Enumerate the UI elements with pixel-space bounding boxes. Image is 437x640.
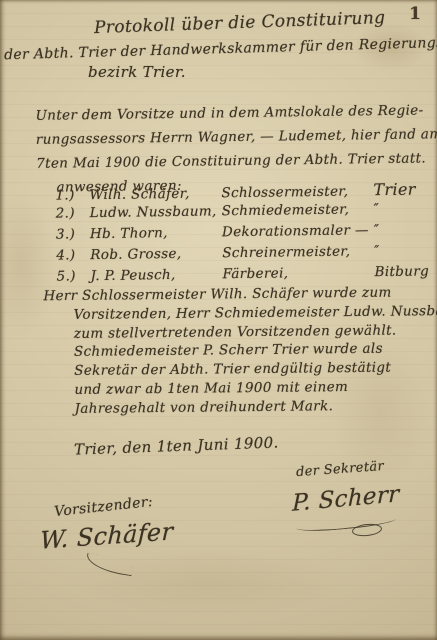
date-line: Trier, den 1ten Juni 1900. — [74, 433, 279, 458]
title-line-3: bezirk Trier. — [88, 63, 186, 81]
attendee-number: 2.) — [56, 205, 90, 221]
chairman-signature: W. Schäfer — [40, 517, 174, 554]
attendee-number: 1.) — [55, 187, 89, 203]
page-number: 1 — [409, 4, 421, 24]
chairman-label: Vorsitzender: — [53, 494, 153, 520]
document-page: 1 Protokoll über die Constituirung der A… — [0, 0, 437, 640]
attendee-name: J. P. Peusch, — [90, 266, 222, 284]
attendee-number: 5.) — [56, 268, 90, 284]
attendee-name: Rob. Grosse, — [90, 245, 222, 263]
attendee-occupation: Schmiedemeister, — [222, 201, 374, 219]
secretary-label: der Sekretär — [296, 459, 385, 480]
title-line-2: der Abth. Trier der Handwerkskammer für … — [4, 35, 437, 63]
attendee-name: Hb. Thorn, — [90, 224, 222, 242]
attendee-number: 4.) — [56, 247, 90, 263]
attendee-city: ″ — [374, 221, 431, 238]
signature-flourish — [85, 553, 134, 576]
attendee-city: Trier — [373, 179, 430, 199]
attendee-occupation: Schlossermeister, — [221, 183, 373, 201]
attendee-number: 3.) — [56, 226, 90, 242]
paragraph-line: Jahresgehalt von dreihundert Mark. — [45, 396, 437, 419]
title-line-1: Protokoll über die Constituirung — [94, 8, 386, 38]
attendee-city: Bitburg — [374, 263, 431, 280]
resolution-paragraph: Herr Schlossermeister Wilh. Schäfer wurd… — [43, 283, 437, 419]
attendee-occupation: Dekorationsmaler — — [222, 222, 374, 240]
secretary-signature: P. Scherr — [292, 481, 400, 517]
attendee-name: Ludw. Nussbaum, — [90, 203, 222, 221]
attendee-occupation: Färberei, — [222, 264, 374, 282]
attendee-city: ″ — [374, 200, 431, 217]
attendee-occupation: Schreinermeister, — [222, 243, 374, 261]
attendee-city: ″ — [374, 242, 431, 259]
attendee-name: Wilh. Schäfer, — [89, 185, 221, 203]
attendees-list: 1.) Wilh. Schäfer, Schlossermeister, Tri… — [55, 179, 431, 289]
